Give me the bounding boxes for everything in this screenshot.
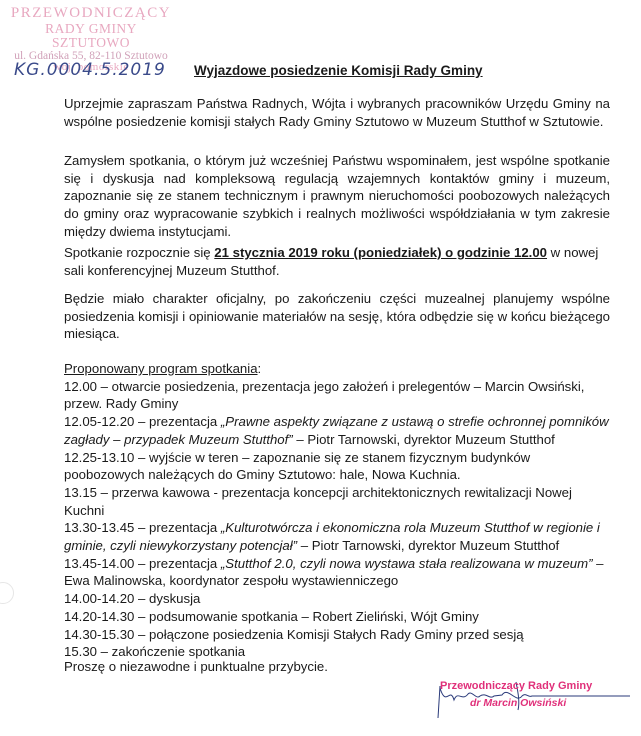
paragraph-date: Spotkanie rozpocznie się 21 stycznia 201…	[64, 244, 610, 279]
signatory-role: Przewodniczący Rady Gminy	[440, 680, 592, 692]
program-item: 13.45-14.00 – prezentacja „Stutthof 2.0,…	[64, 555, 610, 590]
program-item-pre: 14.30-15.30 – połączone posiedzenia Komi…	[64, 627, 524, 642]
document-title: Wyjazdowe posiedzenie Komisji Rady Gminy	[194, 63, 483, 78]
paragraph-character: Będzie miało charakter oficjalny, po zak…	[64, 290, 610, 343]
program-item: 13.30-13.45 – prezentacja „Kulturotwórcz…	[64, 519, 610, 554]
program-heading: Proponowany program spotkania:	[64, 360, 610, 378]
program-item-pre: 12.05-12.20 – prezentacja	[64, 414, 221, 429]
program-item: 14.00-14.20 – dyskusja	[64, 590, 610, 608]
program-item-pre: 15.30 – zakończenie spotkania	[64, 644, 245, 659]
closing-sentence: Proszę o niezawodne i punktualne przybyc…	[64, 658, 610, 676]
program-item-pre: 12.25-13.10 – wyjście w teren – zapoznan…	[64, 450, 530, 483]
reference-number: KG.0004.5.2019	[14, 60, 184, 80]
program-item: 12.05-12.20 – prezentacja „Prawne aspekt…	[64, 413, 610, 448]
program-item-post: – Piotr Tarnowski, dyrektor Muzeum Stutt…	[293, 432, 555, 447]
program-item-post: – Piotr Tarnowski, dyrektor Muzeum Stutt…	[297, 538, 559, 553]
program-item-pre: 14.00-14.20 – dyskusja	[64, 591, 200, 606]
program-item-pre: 14.20-14.30 – podsumowanie spotkania – R…	[64, 609, 479, 624]
date-intro: Spotkanie rozpocznie się	[64, 245, 214, 260]
signature-block: Przewodniczący Rady Gminy dr Marcin Owsi…	[430, 678, 630, 728]
stamp-line-2: RADY GMINY SZTUTOWO	[6, 22, 176, 50]
program-item: 14.30-15.30 – połączone posiedzenia Komi…	[64, 626, 610, 644]
program-item: 12.00 – otwarcie posiedzenia, prezentacj…	[64, 378, 610, 413]
program-item: 12.25-13.10 – wyjście w teren – zapoznan…	[64, 449, 610, 484]
meeting-program: Proponowany program spotkania: 12.00 – o…	[64, 360, 610, 661]
program-item-italic: „Stutthof 2.0, czyli nowa wystawa stała …	[221, 556, 593, 571]
signatory-name: dr Marcin Owsiński	[470, 697, 566, 709]
program-item-pre: 12.00 – otwarcie posiedzenia, prezentacj…	[64, 379, 584, 412]
program-item: 13.15 – przerwa kawowa - prezentacja kon…	[64, 484, 610, 519]
stamp-line-1: PRZEWODNICZĄCY	[6, 6, 176, 22]
paragraph-invitation: Uprzejmie zapraszam Państwa Radnych, Wój…	[64, 95, 610, 130]
program-list: 12.00 – otwarcie posiedzenia, prezentacj…	[64, 378, 610, 661]
meeting-date-time: 21 stycznia 2019 roku (poniedziałek) o g…	[214, 245, 547, 260]
punch-hole-mark	[0, 582, 14, 604]
program-item: 14.20-14.30 – podsumowanie spotkania – R…	[64, 608, 610, 626]
paragraph-purpose: Zamysłem spotkania, o którym już wcześni…	[64, 152, 610, 241]
program-item-pre: 13.30-13.45 – prezentacja	[64, 520, 221, 535]
program-item-pre: 13.15 – przerwa kawowa - prezentacja kon…	[64, 485, 572, 518]
program-item-pre: 13.45-14.00 – prezentacja	[64, 556, 221, 571]
